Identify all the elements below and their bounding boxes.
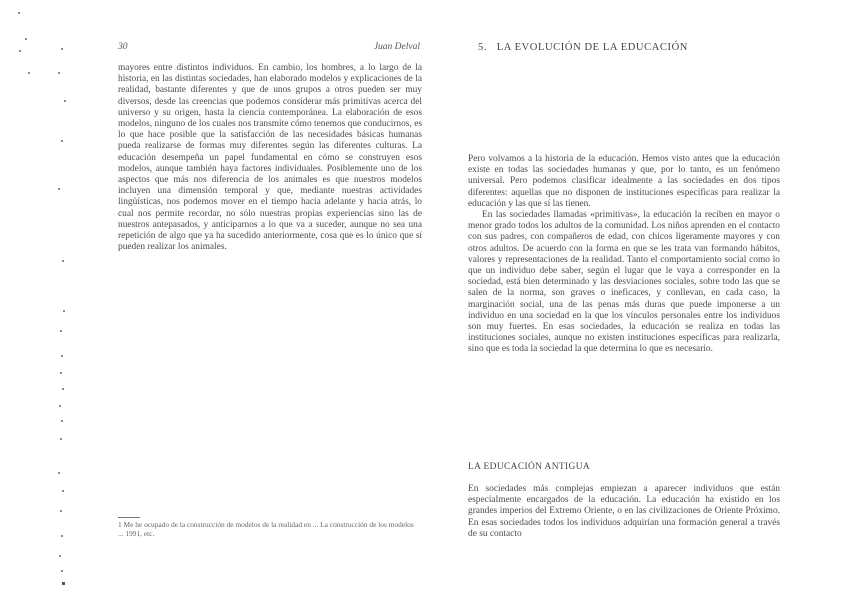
paragraph: mayores entre distintos individuos. En c… xyxy=(118,63,422,253)
section-heading: LA EDUCACIÓN ANTIGUA xyxy=(468,462,590,472)
right-body-text: Pero volvamos a la historia de la educac… xyxy=(468,154,780,356)
chapter-heading: 5. LA EVOLUCIÓN DE LA EDUCACIÓN xyxy=(478,42,688,53)
paragraph: En sociedades más complejas empiezan a a… xyxy=(468,484,780,540)
chapter-number: 5. xyxy=(478,42,487,53)
page-number: 30 xyxy=(118,42,128,52)
section-body-text: En sociedades más complejas empiezan a a… xyxy=(468,484,780,540)
left-page: 30 Juan Delval mayores entre distintos i… xyxy=(0,0,430,599)
scan-edge-noise xyxy=(58,10,70,590)
chapter-title: LA EVOLUCIÓN DE LA EDUCACIÓN xyxy=(497,42,688,53)
right-page: 5. LA EVOLUCIÓN DE LA EDUCACIÓN Pero vol… xyxy=(430,0,848,599)
paragraph: Pero volvamos a la historia de la educac… xyxy=(468,154,780,210)
footnote-rule xyxy=(118,517,140,518)
paragraph: En las sociedades llamadas «primitivas»,… xyxy=(468,210,780,356)
scan-margin-marks xyxy=(10,4,18,104)
running-head-author: Juan Delval xyxy=(370,42,420,52)
footnote: 1 Me he ocupado de la construcción de mo… xyxy=(118,520,418,538)
left-body-text: mayores entre distintos individuos. En c… xyxy=(118,63,422,253)
